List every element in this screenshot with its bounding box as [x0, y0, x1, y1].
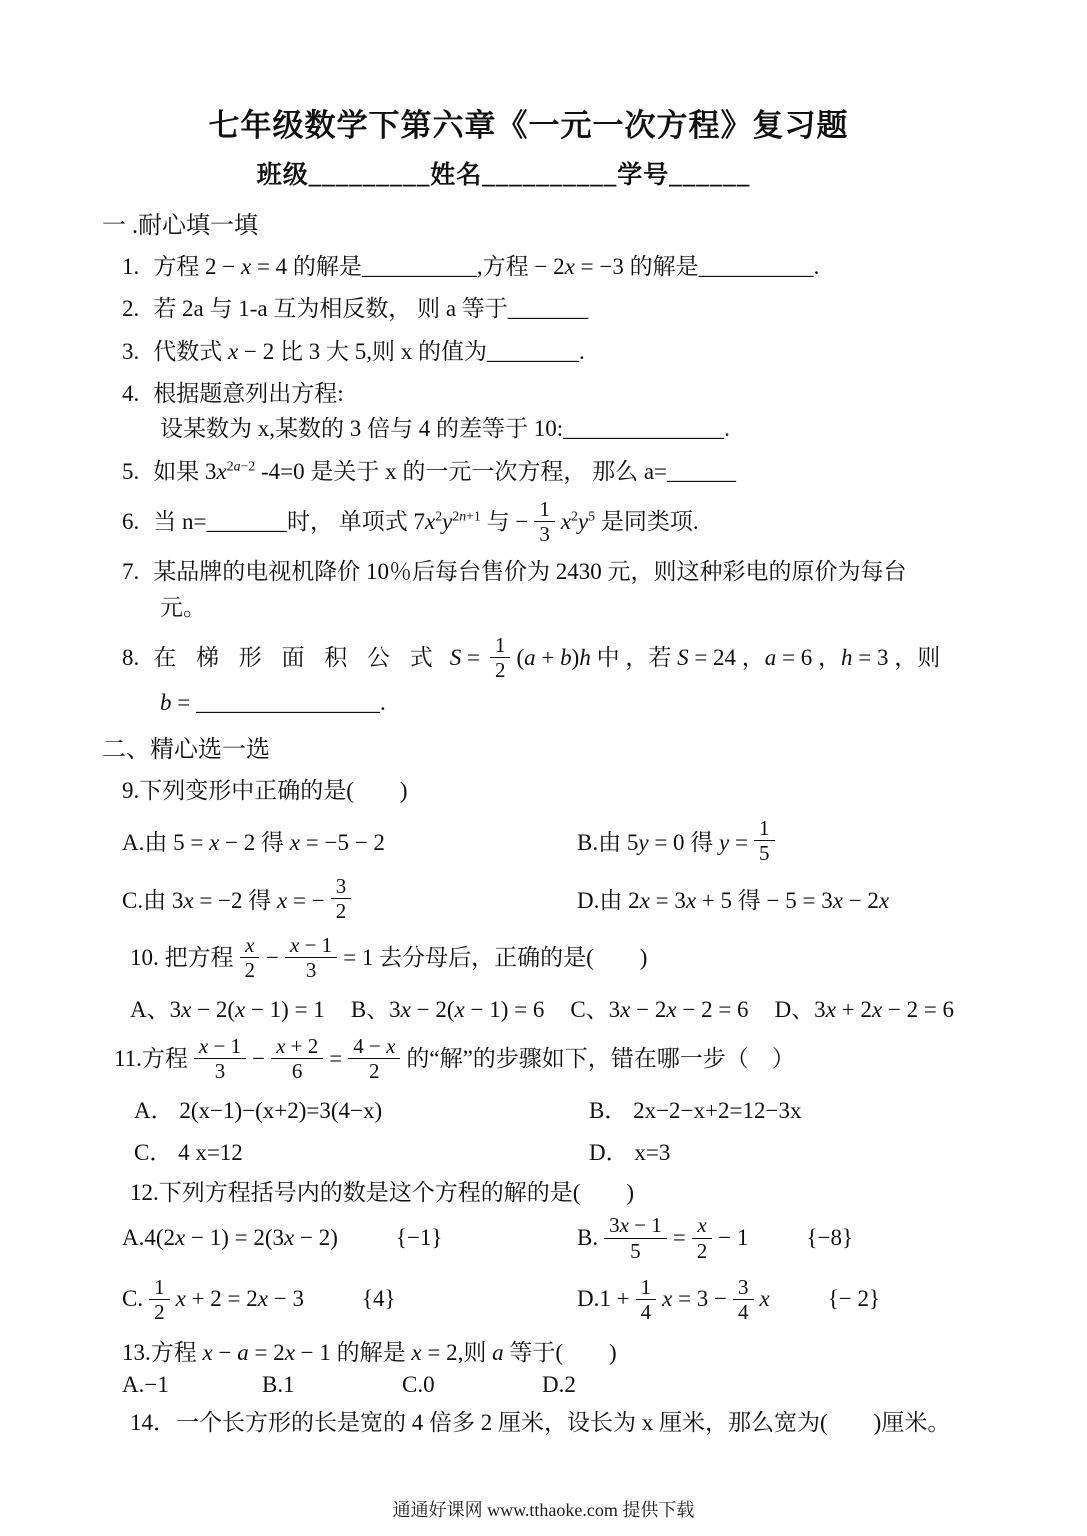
question-number: 5.: [122, 455, 139, 488]
question-4-line-2: 设某数为 x,某数的 3 倍与 4 的差等于 10:______________…: [100, 412, 1017, 445]
option-a: A． 2(x−1)−(x+2)=3(4−x): [134, 1092, 589, 1125]
fraction: x + 2 6: [271, 1034, 323, 1083]
question-12-options-ab: A.4(2x − 1) = 2(3x − 2) {−1} B. 3x − 1 5…: [100, 1213, 1017, 1262]
fraction: 3 4: [733, 1275, 754, 1324]
question-number: 1.: [122, 250, 139, 283]
question-14: 14．一个长方形的长是宽的 4 倍多 2 厘米，设长为 x 厘米，那么宽为( )…: [100, 1406, 1017, 1439]
operator: =: [329, 1042, 342, 1075]
question-text: 11.方程: [114, 1042, 188, 1075]
option-text: A.4(2x − 1) = 2(3x − 2): [122, 1225, 338, 1251]
fraction-denominator: 4: [636, 1300, 657, 1324]
fraction-numerator: 3x − 1: [604, 1213, 667, 1238]
option-text: D.1 +: [577, 1286, 630, 1312]
question-11-options-ab: A． 2(x−1)−(x+2)=3(4−x) B． 2x−2−x+2=12−3x: [100, 1092, 1017, 1125]
fraction-denominator: 2: [364, 1059, 385, 1083]
option-text: A． 2(x−1)−(x+2)=3(4−x): [134, 1092, 382, 1125]
option-text: x: [760, 1286, 770, 1312]
option-b: B.由 5y = 0 得 y = 1 5: [577, 816, 781, 865]
question-number: 8.: [122, 641, 139, 674]
fraction-numerator: 4 − x: [348, 1034, 400, 1059]
option-text: C.由 3x = −2 得 x = −: [122, 882, 325, 915]
question-4: 4.根据题意列出方程:: [100, 377, 1017, 410]
option-b: B. 3x − 1 5 = x 2 − 1 {−8}: [577, 1213, 853, 1262]
question-3: 3.代数式 x − 2 比 3 大 5,则 x 的值为________.: [100, 335, 1017, 368]
fraction: 1 2: [149, 1275, 170, 1324]
fraction-denominator: 2: [149, 1300, 170, 1324]
worksheet-page: 七年级数学下第六章《一元一次方程》复习题 班级_________姓名______…: [0, 0, 1087, 1440]
question-text: 当 n=_______时， 单项式 7x2y2n+1 与 −: [153, 505, 528, 538]
operator: −: [252, 1042, 265, 1075]
option-c: C． 4 x=12: [134, 1134, 589, 1167]
question-8: 8. 在 梯 形 面 积 公 式 S = 1 2 (a + b)h 中 ，若 S…: [100, 633, 1017, 682]
option-answer-set: {4}: [362, 1286, 396, 1312]
question-text: 10. 把方程: [130, 941, 234, 974]
fraction-denominator: 3: [301, 958, 322, 982]
fraction-denominator: 3: [210, 1059, 231, 1083]
operator: =: [673, 1225, 686, 1251]
fraction: x − 1 3: [194, 1034, 246, 1083]
option-b: B.1: [262, 1372, 402, 1398]
question-text: 在 梯 形 面 积 公 式: [153, 641, 440, 674]
question-9: 9.下列变形中正确的是( ): [100, 774, 1017, 807]
question-text: b = ________________.: [160, 690, 386, 715]
question-10-options: A、3x − 2(x − 1) = 1 B、3x − 2(x − 1) = 6 …: [100, 991, 1017, 1024]
footer-credit: 通通好课网 www.tthaoke.com 提供下载: [0, 1496, 1087, 1522]
question-text: 设某数为 x,某数的 3 倍与 4 的差等于 10:______________…: [160, 416, 730, 441]
option-b: B、3x − 2(x − 1) = 6: [351, 991, 545, 1024]
question-text: 13.方程 x − a = 2x − 1 的解是 x = 2,则 a 等于( ): [122, 1340, 617, 1365]
question-text: 某品牌的电视机降价 10％后每台售价为 2430 元，则这种彩电的原价为每台: [153, 559, 906, 584]
question-11: 11.方程 x − 1 3 − x + 2 6 = 4 − x 2 的“解”的步…: [100, 1034, 1017, 1083]
question-7: 7.某品牌的电视机降价 10％后每台售价为 2430 元，则这种彩电的原价为每台: [100, 555, 1017, 588]
option-text: C.: [122, 1286, 143, 1312]
question-text: 代数式 x − 2 比 3 大 5,则 x 的值为________.: [153, 339, 584, 364]
option-text: B.由 5y = 0 得 y =: [577, 824, 748, 857]
fraction-denominator: 6: [287, 1059, 308, 1083]
fraction-numerator: x: [240, 933, 259, 958]
fraction-numerator: x: [692, 1213, 711, 1238]
option-text: A.由 5 = x − 2 得 x = −5 − 2: [122, 824, 385, 857]
fraction-numerator: 1: [636, 1275, 657, 1300]
fraction-denominator: 2: [331, 899, 352, 923]
option-text: − 1: [718, 1225, 748, 1251]
question-text: 根据题意列出方程:: [153, 381, 343, 406]
fraction-numerator: 1: [754, 816, 775, 841]
fraction-denominator: 5: [625, 1239, 646, 1263]
fraction-numerator: 3: [331, 874, 352, 899]
fraction-numerator: 3: [733, 1275, 754, 1300]
question-text: x2y5 是同类项.: [561, 505, 699, 538]
fraction: x 2: [692, 1213, 713, 1262]
fraction: x 2: [240, 933, 261, 982]
fraction: 1 2: [490, 633, 511, 682]
option-c: C、3x − 2x − 2 = 6: [570, 991, 748, 1024]
option-a: A.4(2x − 1) = 2(3x − 2) {−1}: [122, 1225, 577, 1251]
question-number: 7.: [122, 555, 139, 588]
option-answer-set: {−1}: [396, 1225, 443, 1251]
fraction-numerator: 1: [490, 633, 511, 658]
option-d: D.1 + 1 4 x = 3 − 3 4 x {− 2}: [577, 1275, 880, 1324]
formula-left-side: S =: [450, 641, 480, 674]
question-text: 14．一个长方形的长是宽的 4 倍多 2 厘米，设长为 x 厘米，那么宽为( )…: [130, 1410, 950, 1435]
option-a: A.−1: [122, 1372, 262, 1398]
question-number: 3.: [122, 335, 139, 368]
question-text: 的“解”的步骤如下，错在哪一步（ ）: [406, 1042, 794, 1075]
option-text: B.: [577, 1225, 598, 1251]
operator: −: [266, 941, 279, 974]
question-13-options: A.−1 B.1 C.0 D.2: [100, 1372, 1017, 1398]
section-2-heading: 二、精心选一选: [102, 729, 1017, 764]
option-text: x = 3 −: [662, 1286, 727, 1312]
option-answer-set: {− 2}: [828, 1286, 880, 1312]
option-c: C.由 3x = −2 得 x = − 3 2: [122, 874, 577, 923]
question-10: 10. 把方程 x 2 − x − 1 3 = 1 去分母后，正确的是( ): [100, 933, 1017, 982]
question-11-options-cd: C． 4 x=12 D． x=3: [100, 1134, 1017, 1167]
option-text: C． 4 x=12: [134, 1134, 243, 1167]
option-d: D.由 2x = 3x + 5 得 − 5 = 3x − 2x: [577, 882, 889, 915]
question-7-line-2: 元。: [100, 591, 1017, 624]
option-text: D.由 2x = 3x + 5 得 − 5 = 3x − 2x: [577, 882, 889, 915]
fraction-numerator: x − 1: [285, 933, 337, 958]
question-text: 9.下列变形中正确的是( ): [122, 778, 408, 803]
question-number: 4.: [122, 377, 139, 410]
fraction: 1 4: [636, 1275, 657, 1324]
section-1-heading: 一 .耐心填一填: [102, 205, 1017, 240]
fraction: 3x − 1 5: [604, 1213, 667, 1262]
option-answer-set: {−8}: [806, 1225, 853, 1251]
option-text: D． x=3: [589, 1134, 670, 1167]
question-9-options-ab: A.由 5 = x − 2 得 x = −5 − 2 B.由 5y = 0 得 …: [100, 816, 1017, 865]
option-a: A.由 5 = x − 2 得 x = −5 − 2: [122, 824, 577, 857]
fraction-numerator: 1: [149, 1275, 170, 1300]
fraction: 1 3: [534, 497, 555, 546]
option-d: D． x=3: [589, 1134, 670, 1167]
fraction-denominator: 2: [240, 958, 261, 982]
fraction: 4 − x 2: [348, 1034, 400, 1083]
fraction-denominator: 2: [692, 1239, 713, 1263]
fraction-denominator: 2: [490, 658, 511, 682]
fraction-numerator: 1: [534, 497, 555, 522]
fraction-numerator: x + 2: [271, 1034, 323, 1059]
question-6: 6. 当 n=_______时， 单项式 7x2y2n+1 与 − 1 3 x2…: [100, 497, 1017, 546]
question-text: 12.下列方程括号内的数是这个方程的解的是( ): [130, 1180, 634, 1205]
option-c: C. 1 2 x + 2 = 2x − 3 {4}: [122, 1275, 577, 1324]
question-number: 2.: [122, 292, 139, 325]
question-text: (a + b)h 中 ，若 S = 24 ，a = 6 ，h = 3 ，则: [516, 641, 940, 674]
fraction: 1 5: [754, 816, 775, 865]
option-text: x + 2 = 2x − 3: [176, 1286, 304, 1312]
question-2: 2.若 2a 与 1-a 互为相反数， 则 a 等于_______: [100, 292, 1017, 325]
option-d: D、3x + 2x − 2 = 6: [775, 991, 955, 1024]
page-title: 七年级数学下第六章《一元一次方程》复习题: [100, 100, 957, 145]
question-13: 13.方程 x − a = 2x − 1 的解是 x = 2,则 a 等于( ): [100, 1336, 1017, 1369]
question-12-options-cd: C. 1 2 x + 2 = 2x − 3 {4} D.1 + 1 4 x = …: [100, 1275, 1017, 1324]
fraction: 3 2: [331, 874, 352, 923]
question-5: 5.如果 3x2a−2 -4=0 是关于 x 的一元一次方程， 那么 a=___…: [100, 455, 1017, 488]
question-text: 方程 2 − x = 4 的解是__________,方程 − 2x = −3 …: [153, 254, 819, 279]
question-8-line-2: b = ________________.: [100, 686, 1017, 719]
option-d: D.2: [542, 1372, 682, 1398]
option-a: A、3x − 2(x − 1) = 1: [130, 991, 325, 1024]
question-number: 6.: [122, 505, 139, 538]
question-text: 元。: [160, 595, 206, 620]
option-b: B． 2x−2−x+2=12−3x: [589, 1092, 801, 1125]
option-text: B． 2x−2−x+2=12−3x: [589, 1092, 801, 1125]
fraction-numerator: x − 1: [194, 1034, 246, 1059]
question-12: 12.下列方程括号内的数是这个方程的解的是( ): [100, 1176, 1017, 1209]
question-text: 如果 3x2a−2 -4=0 是关于 x 的一元一次方程， 那么 a=_____…: [153, 459, 736, 484]
fraction-denominator: 4: [733, 1300, 754, 1324]
question-text: 若 2a 与 1-a 互为相反数， 则 a 等于_______: [153, 296, 588, 321]
question-text: = 1 去分母后，正确的是( ): [343, 941, 647, 974]
fraction-denominator: 3: [534, 522, 555, 546]
option-c: C.0: [402, 1372, 542, 1398]
question-9-options-cd: C.由 3x = −2 得 x = − 3 2 D.由 2x = 3x + 5 …: [100, 874, 1017, 923]
student-info-line: 班级_________姓名__________学号______: [100, 155, 907, 191]
fraction: x − 1 3: [285, 933, 337, 982]
fraction-denominator: 5: [754, 841, 775, 865]
question-1: 1.方程 2 − x = 4 的解是__________,方程 − 2x = −…: [100, 250, 1017, 283]
